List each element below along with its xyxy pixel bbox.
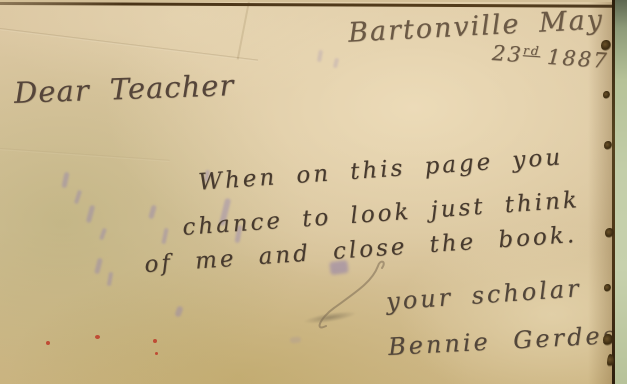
ink-bleed-mark — [61, 172, 69, 189]
red-ink-speck — [46, 341, 50, 345]
binding-strip — [614, 0, 627, 384]
paper-crease — [237, 0, 252, 60]
paper-crease — [0, 148, 170, 162]
signature: Bennie Gerdes — [387, 321, 618, 361]
ink-bleed-mark — [99, 228, 107, 241]
ink-bleed-mark — [333, 58, 339, 69]
ink-bleed-mark — [94, 258, 103, 275]
ink-bleed-mark — [107, 272, 113, 286]
ink-bleed-mark — [317, 50, 323, 63]
red-ink-speck — [155, 352, 158, 355]
page-edge-line — [612, 0, 615, 384]
page-edge-shadow — [588, 0, 612, 384]
ink-bleed-mark — [174, 305, 183, 317]
red-ink-speck — [153, 339, 157, 343]
verse-line-1: When on this page you — [198, 144, 564, 195]
ink-bleed-mark — [74, 190, 82, 205]
stitch-speck — [607, 354, 614, 368]
ink-bleed-mark — [290, 337, 301, 344]
paper-crease — [0, 27, 258, 62]
ink-bleed-mark — [86, 205, 95, 224]
dateline-place: Bartonville May — [347, 4, 604, 48]
ink-bleed-mark — [161, 228, 168, 244]
salutation: Dear Teacher — [13, 68, 234, 110]
closing: your scholar — [385, 274, 582, 316]
page-top-edge-line — [0, 2, 616, 8]
ink-bleed-mark — [148, 205, 157, 220]
dateline-day: 23 — [491, 41, 523, 67]
red-ink-speck — [95, 335, 100, 339]
autograph-book-page-scan: Bartonville May 23rd1887 Dear Teacher Wh… — [0, 0, 627, 384]
dateline-ordinal: rd — [523, 43, 541, 58]
